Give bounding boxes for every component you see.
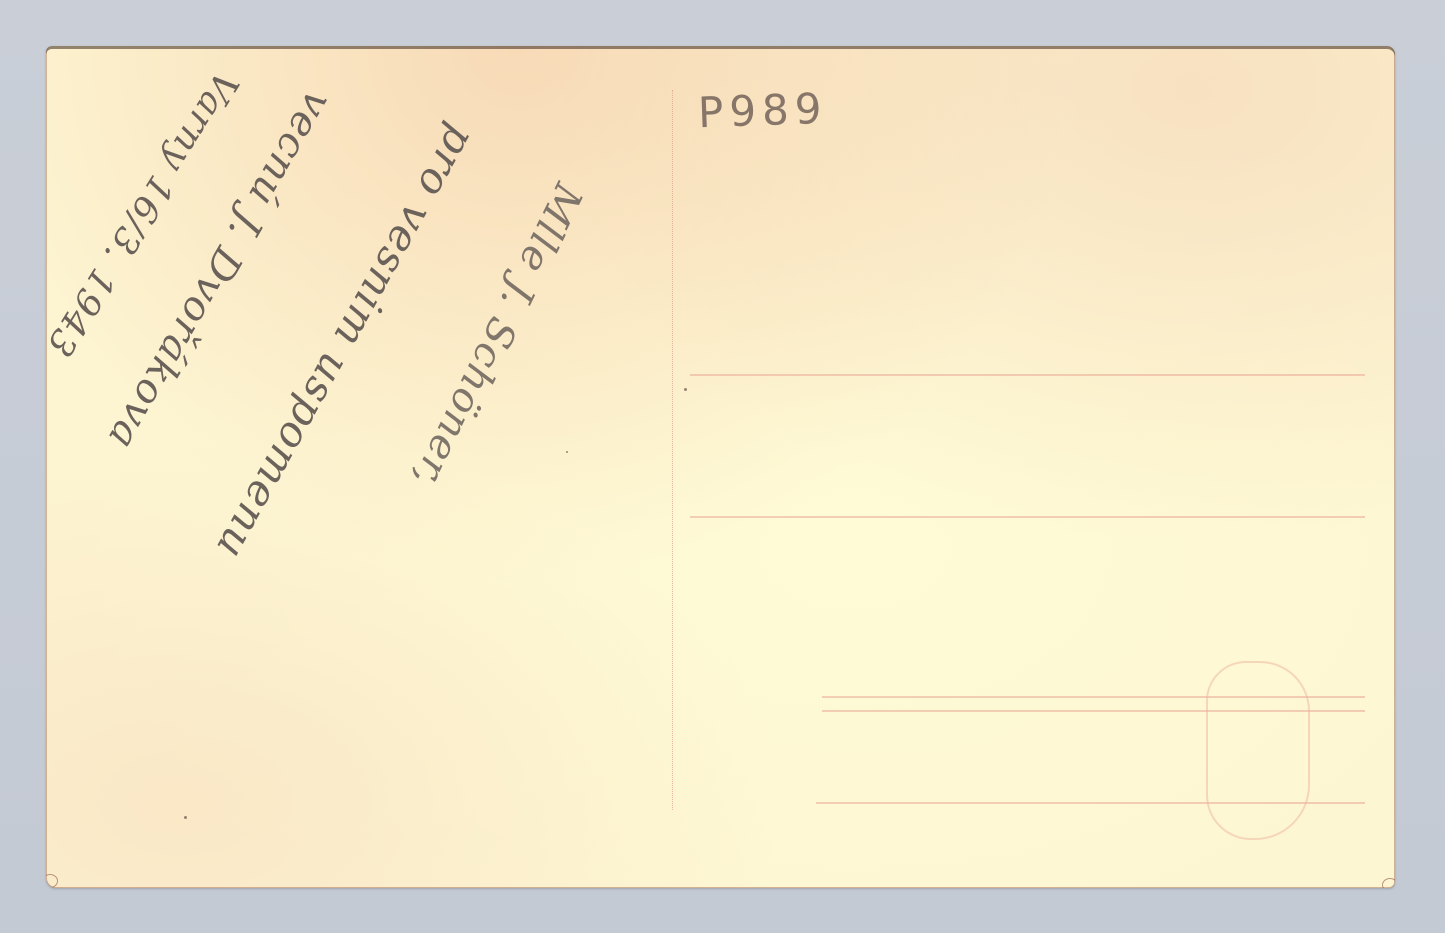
paper-speck: [684, 388, 687, 391]
paper-speck: [566, 451, 568, 453]
paper-speck: [184, 816, 187, 819]
address-line-1: [690, 374, 1365, 376]
postcard-divider: [672, 90, 673, 810]
corner-wear-bottom-right: [1382, 878, 1395, 888]
address-line-2: [690, 516, 1365, 518]
postcard-reverse: P989 embossed publisher logo (illegible)…: [46, 46, 1395, 888]
archive-number: P989: [697, 84, 828, 137]
scan-background: P989 embossed publisher logo (illegible)…: [0, 0, 1445, 933]
corner-wear-bottom-left: [46, 874, 58, 888]
publisher-logo: [1206, 661, 1310, 840]
